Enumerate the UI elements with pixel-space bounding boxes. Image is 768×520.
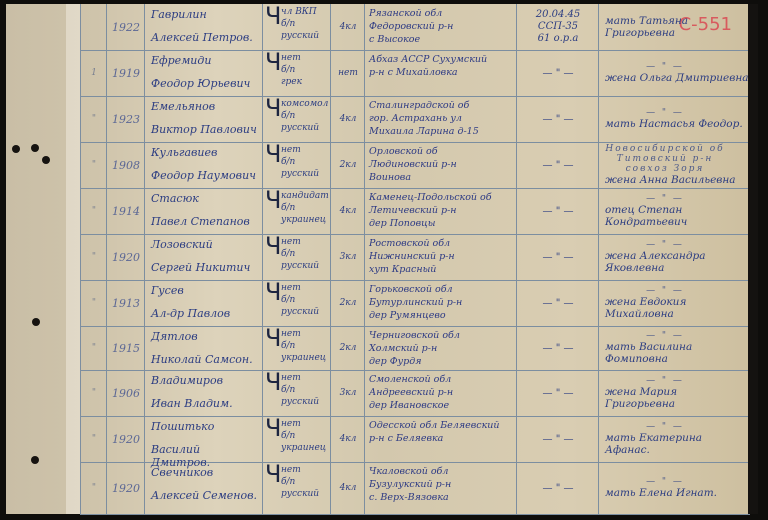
surname: Свечников xyxy=(151,466,262,479)
education: 3кл xyxy=(330,370,365,416)
call-up-line: — " — xyxy=(543,388,574,399)
given-name: Сергей Никитич xyxy=(151,261,262,274)
birth-year: 1908 xyxy=(106,142,145,188)
party-note: б/п xyxy=(281,294,330,306)
checkmark-icon: Ч xyxy=(265,194,281,206)
next-of-kin: — " —жена Ольга Дмитриевна xyxy=(598,50,750,96)
call-up-info: — " — xyxy=(516,370,599,416)
address-line: дер Поповцы xyxy=(369,217,516,230)
kin-name: мать Елена Игнат. xyxy=(605,487,750,499)
address-line: Орловской об xyxy=(369,145,516,158)
party-status: нет xyxy=(281,52,330,64)
surname: Стасюк xyxy=(151,192,262,205)
address-line: Михаила Ларина д-15 xyxy=(369,125,516,138)
table-row: "1913ГусевАл-др ПавловЧнетб/прусский2клГ… xyxy=(80,280,750,327)
kin-name: мать Василина Фомиповна xyxy=(605,341,750,365)
surname: Гусев xyxy=(151,284,262,297)
address-line: р-н с Беляевка xyxy=(369,432,516,445)
address-line: Одесской обл Беляевский xyxy=(369,419,516,432)
binding-hole xyxy=(31,144,39,152)
full-name: ДятловНиколай Самсон. xyxy=(144,326,262,370)
row-index: " xyxy=(80,326,107,370)
address-line: Ростовской обл xyxy=(369,237,516,250)
party-nationality: Ччл ВКПб/прусский xyxy=(262,4,330,50)
surname: Ефремиди xyxy=(151,54,262,67)
row-index: " xyxy=(80,416,107,462)
home-address: Смоленской облАндреевский р-ндер Ивановс… xyxy=(364,370,516,416)
education: 4кл xyxy=(330,416,365,462)
call-up-info: 20.04.45ССП-3561 о.р.а xyxy=(516,4,599,50)
home-address: Чкаловской облБузулукский р-нс. Верх-Вяз… xyxy=(364,462,516,514)
surname: Дятлов xyxy=(151,330,262,343)
call-up-line: — " — xyxy=(543,252,574,263)
given-name: Иван Владим. xyxy=(151,397,262,410)
table-row: "1914СтасюкПавел СтепановЧкандидатб/пукр… xyxy=(80,188,750,235)
call-up-info: — " — xyxy=(516,50,599,96)
call-up-info: — " — xyxy=(516,142,599,188)
kin-address-note: — " — xyxy=(605,477,725,487)
row-index: " xyxy=(80,370,107,416)
call-up-line: — " — xyxy=(543,434,574,445)
call-up-info: — " — xyxy=(516,416,599,462)
nationality: украинец xyxy=(281,442,330,454)
row-index: " xyxy=(80,188,107,234)
party-note: б/п xyxy=(281,64,330,76)
address-line: хут Красный xyxy=(369,263,516,276)
table-row: 1922ГаврилинАлексей Петров.Ччл ВКПб/прус… xyxy=(80,4,750,51)
full-name: ЕфремидиФеодор Юрьевич xyxy=(144,50,262,96)
kin-name: жена Александра Яковлевна xyxy=(605,250,750,274)
full-name: ГаврилинАлексей Петров. xyxy=(144,4,262,50)
next-of-kin: мать Татьяна Григорьевна xyxy=(598,4,750,50)
surname: Владимиров xyxy=(151,374,262,387)
table-row: "1923ЕмельяновВиктор ПавловичЧкомсомолб/… xyxy=(80,96,750,143)
party-status: чл ВКП xyxy=(281,6,330,18)
home-address: Черниговской облХолмский р-ндер Фурдя xyxy=(364,326,516,370)
address-line: Бузулукский р-н xyxy=(369,478,516,491)
birth-year: 1919 xyxy=(106,50,145,96)
birth-year: 1915 xyxy=(106,326,145,370)
full-name: СвечниковАлексей Семенов. xyxy=(144,462,262,514)
address-line: дер Румянцево xyxy=(369,309,516,322)
table-row: "1906ВладимировИван Владим.Чнетб/прусски… xyxy=(80,370,750,417)
call-up-line: — " — xyxy=(543,160,574,171)
row-index: " xyxy=(80,280,107,326)
address-line: Холмский р-н xyxy=(369,342,516,355)
binding-hole xyxy=(12,145,20,153)
party-status: нет xyxy=(281,236,330,248)
call-up-line: ССП-35 xyxy=(538,21,578,33)
next-of-kin: Новосибирской об Титовский р-н совхоз Зо… xyxy=(598,142,750,188)
surname: Гаврилин xyxy=(151,8,262,21)
party-nationality: Чкандидатб/пукраинец xyxy=(262,188,330,234)
given-name: Виктор Павлович xyxy=(151,123,262,136)
kin-name: жена Евдокия Михайловна xyxy=(605,296,750,320)
given-name: Николай Самсон. xyxy=(151,353,262,366)
home-address: Абхаз АССР Сухумскийр-н с Михайловка xyxy=(364,50,516,96)
row-index: " xyxy=(80,462,107,514)
row-index: 1 xyxy=(80,50,107,96)
address-line: Воинова xyxy=(369,171,516,184)
given-name: Павел Степанов xyxy=(151,215,262,228)
party-note: б/п xyxy=(281,18,330,30)
education: нет xyxy=(330,50,365,96)
call-up-line: — " — xyxy=(543,206,574,217)
row-index xyxy=(80,4,107,50)
binding-hole xyxy=(42,156,50,164)
home-address: Каменец-Подольской обЛетичевский р-ндер … xyxy=(364,188,516,234)
next-of-kin: — " —жена Мария Григорьевна xyxy=(598,370,750,416)
party-status: нет xyxy=(281,144,330,156)
birth-year: 1906 xyxy=(106,370,145,416)
checkmark-icon: Ч xyxy=(265,10,281,22)
party-nationality: Чнетб/прусский xyxy=(262,142,330,188)
call-up-line: 20.04.45 xyxy=(536,9,581,21)
nationality: русский xyxy=(281,306,330,318)
row-index: " xyxy=(80,234,107,280)
address-line: с Высокое xyxy=(369,33,516,46)
party-nationality: Чнетб/пукраинец xyxy=(262,416,330,462)
table-row: "1920СвечниковАлексей Семенов.Чнетб/прус… xyxy=(80,462,750,515)
kin-name: жена Анна Васильевна xyxy=(605,174,750,186)
birth-year: 1914 xyxy=(106,188,145,234)
nationality: украинец xyxy=(281,352,330,364)
address-line: Рязанской обл xyxy=(369,7,516,20)
birth-year: 1920 xyxy=(106,462,145,514)
kin-name: жена Мария Григорьевна xyxy=(605,386,750,410)
next-of-kin: — " —жена Евдокия Михайловна xyxy=(598,280,750,326)
address-line: дер Ивановское xyxy=(369,399,516,412)
personnel-table: 1922ГаврилинАлексей Петров.Ччл ВКПб/прус… xyxy=(80,4,750,514)
next-of-kin: — " —мать Василина Фомиповна xyxy=(598,326,750,370)
checkmark-icon: Ч xyxy=(265,286,281,298)
kin-name: мать Татьяна Григорьевна xyxy=(605,15,750,39)
home-address: Горьковской облБутурлинский р-ндер Румян… xyxy=(364,280,516,326)
address-line: Черниговской обл xyxy=(369,329,516,342)
birth-year: 1923 xyxy=(106,96,145,142)
kin-address-note: — " — xyxy=(605,62,725,72)
party-nationality: Чнетб/прусский xyxy=(262,370,330,416)
address-line: Абхаз АССР Сухумский xyxy=(369,53,516,66)
archive-document-page: С-551 1922ГаврилинАлексей Петров.Ччл ВКП… xyxy=(6,4,758,514)
address-line: Нижнинский р-н xyxy=(369,250,516,263)
kin-address-note: — " — xyxy=(605,422,725,432)
party-status: нет xyxy=(281,282,330,294)
party-nationality: Чнетб/прусский xyxy=(262,234,330,280)
home-address: Ростовской облНижнинский р-нхут Красный xyxy=(364,234,516,280)
binding-hole xyxy=(31,456,39,464)
full-name: ПошитькоВасилий Дмитров. xyxy=(144,416,262,462)
party-nationality: Чнетб/прусский xyxy=(262,280,330,326)
birth-year: 1920 xyxy=(106,416,145,462)
address-line: Людиновский р-н xyxy=(369,158,516,171)
education: 3кл xyxy=(330,234,365,280)
address-line: Федоровский р-н xyxy=(369,20,516,33)
party-note: б/п xyxy=(281,476,330,488)
next-of-kin: — " —мать Екатерина Афанас. xyxy=(598,416,750,462)
education: 4кл xyxy=(330,4,365,50)
next-of-kin: — " —жена Александра Яковлевна xyxy=(598,234,750,280)
address-line: Летичевский р-н xyxy=(369,204,516,217)
margin-strip xyxy=(66,4,80,514)
address-line: р-н с Михайловка xyxy=(369,66,516,79)
kin-address-note: — " — xyxy=(605,194,725,204)
address-line: гор. Астрахань ул xyxy=(369,112,516,125)
call-up-line: — " — xyxy=(543,483,574,494)
education: 4кл xyxy=(330,96,365,142)
surname: Лозовский xyxy=(151,238,262,251)
party-status: нет xyxy=(281,464,330,476)
call-up-info: — " — xyxy=(516,188,599,234)
full-name: ЕмельяновВиктор Павлович xyxy=(144,96,262,142)
next-of-kin: — " —отец Степан Кондратьевич xyxy=(598,188,750,234)
party-nationality: Чкомсомолб/прусский xyxy=(262,96,330,142)
full-name: ЛозовскийСергей Никитич xyxy=(144,234,262,280)
address-line: Сталинградской об xyxy=(369,99,516,112)
next-of-kin: — " —мать Елена Игнат. xyxy=(598,462,750,514)
home-address: Орловской обЛюдиновский р-нВоинова xyxy=(364,142,516,188)
given-name: Алексей Семенов. xyxy=(151,489,262,502)
party-status: нет xyxy=(281,328,330,340)
birth-year: 1922 xyxy=(106,4,145,50)
given-name: Феодор Юрьевич xyxy=(151,77,262,90)
row-index: " xyxy=(80,142,107,188)
address-line: Чкаловской обл xyxy=(369,465,516,478)
address-line: Горьковской обл xyxy=(369,283,516,296)
checkmark-icon: Ч xyxy=(265,332,281,344)
party-note: б/п xyxy=(281,110,330,122)
education: 2кл xyxy=(330,280,365,326)
binding-hole xyxy=(32,318,40,326)
given-name: Ал-др Павлов xyxy=(151,307,262,320)
next-of-kin: — " —мать Настасья Феодор. xyxy=(598,96,750,142)
address-line: Андреевский р-н xyxy=(369,386,516,399)
kin-name: мать Екатерина Афанас. xyxy=(605,432,750,456)
checkmark-icon: Ч xyxy=(265,422,281,434)
nationality: грек xyxy=(281,76,330,88)
call-up-line: — " — xyxy=(543,298,574,309)
call-up-info: — " — xyxy=(516,96,599,142)
address-line: Смоленской обл xyxy=(369,373,516,386)
checkmark-icon: Ч xyxy=(265,102,281,114)
party-note: б/п xyxy=(281,384,330,396)
kin-name: мать Настасья Феодор. xyxy=(605,118,750,130)
call-up-info: — " — xyxy=(516,326,599,370)
party-nationality: Чнетб/прусский xyxy=(262,462,330,514)
given-name: Феодор Наумович xyxy=(151,169,262,182)
nationality: русский xyxy=(281,396,330,408)
checkmark-icon: Ч xyxy=(265,148,281,160)
party-note: б/п xyxy=(281,202,330,214)
home-address: Рязанской облФедоровский р-нс Высокое xyxy=(364,4,516,50)
party-status: комсомол xyxy=(281,98,330,110)
call-up-line: — " — xyxy=(543,343,574,354)
nationality: русский xyxy=(281,168,330,180)
address-line: Каменец-Подольской об xyxy=(369,191,516,204)
birth-year: 1913 xyxy=(106,280,145,326)
call-up-line: — " — xyxy=(543,114,574,125)
kin-address-note: — " — xyxy=(605,240,725,250)
party-note: б/п xyxy=(281,430,330,442)
kin-address-note: — " — xyxy=(605,286,725,296)
call-up-line: — " — xyxy=(543,68,574,79)
table-row: "1915ДятловНиколай Самсон.Чнетб/пукраине… xyxy=(80,326,750,371)
education: 2кл xyxy=(330,326,365,370)
full-name: ГусевАл-др Павлов xyxy=(144,280,262,326)
party-status: нет xyxy=(281,418,330,430)
education: 2кл xyxy=(330,142,365,188)
party-nationality: Чнетб/пукраинец xyxy=(262,326,330,370)
page-edge xyxy=(748,4,758,514)
kin-address-note: — " — xyxy=(605,331,725,341)
address-line: Бутурлинский р-н xyxy=(369,296,516,309)
surname: Емельянов xyxy=(151,100,262,113)
party-note: б/п xyxy=(281,156,330,168)
full-name: ВладимировИван Владим. xyxy=(144,370,262,416)
call-up-line: 61 о.р.а xyxy=(538,33,579,45)
full-name: СтасюкПавел Степанов xyxy=(144,188,262,234)
party-note: б/п xyxy=(281,340,330,352)
checkmark-icon: Ч xyxy=(265,240,281,252)
education: 4кл xyxy=(330,462,365,514)
nationality: русский xyxy=(281,260,330,272)
call-up-info: — " — xyxy=(516,280,599,326)
table-row: 11919ЕфремидиФеодор ЮрьевичЧнетб/пгрекне… xyxy=(80,50,750,97)
checkmark-icon: Ч xyxy=(265,376,281,388)
nationality: русский xyxy=(281,122,330,134)
call-up-info: — " — xyxy=(516,462,599,514)
party-status: кандидат xyxy=(281,190,330,202)
address-line: дер Фурдя xyxy=(369,355,516,368)
surname: Пошитько xyxy=(151,420,262,433)
home-address: Сталинградской обгор. Астрахань улМихаил… xyxy=(364,96,516,142)
nationality: русский xyxy=(281,488,330,500)
nationality: украинец xyxy=(281,214,330,226)
surname: Кульгавиев xyxy=(151,146,262,159)
call-up-info: — " — xyxy=(516,234,599,280)
party-status: нет xyxy=(281,372,330,384)
table-row: "1920ЛозовскийСергей НикитичЧнетб/прусск… xyxy=(80,234,750,281)
home-address: Одесской обл Беляевскийр-н с Беляевка xyxy=(364,416,516,462)
table-row: "1920ПошитькоВасилий Дмитров.Чнетб/пукра… xyxy=(80,416,750,463)
kin-address-note: — " — xyxy=(605,376,725,386)
kin-name: жена Ольга Дмитриевна xyxy=(605,72,750,84)
nationality: русский xyxy=(281,30,330,42)
party-note: б/п xyxy=(281,248,330,260)
birth-year: 1920 xyxy=(106,234,145,280)
table-row: "1908КульгавиевФеодор НаумовичЧнетб/прус… xyxy=(80,142,750,189)
kin-address-note: Новосибирской об Титовский р-н совхоз Зо… xyxy=(605,144,725,174)
row-index: " xyxy=(80,96,107,142)
checkmark-icon: Ч xyxy=(265,468,281,480)
party-nationality: Чнетб/пгрек xyxy=(262,50,330,96)
full-name: КульгавиевФеодор Наумович xyxy=(144,142,262,188)
education: 4кл xyxy=(330,188,365,234)
given-name: Алексей Петров. xyxy=(151,31,262,44)
kin-name: отец Степан Кондратьевич xyxy=(605,204,750,228)
kin-address-note: — " — xyxy=(605,108,725,118)
address-line: с. Верх-Вязовка xyxy=(369,491,516,504)
checkmark-icon: Ч xyxy=(265,56,281,68)
